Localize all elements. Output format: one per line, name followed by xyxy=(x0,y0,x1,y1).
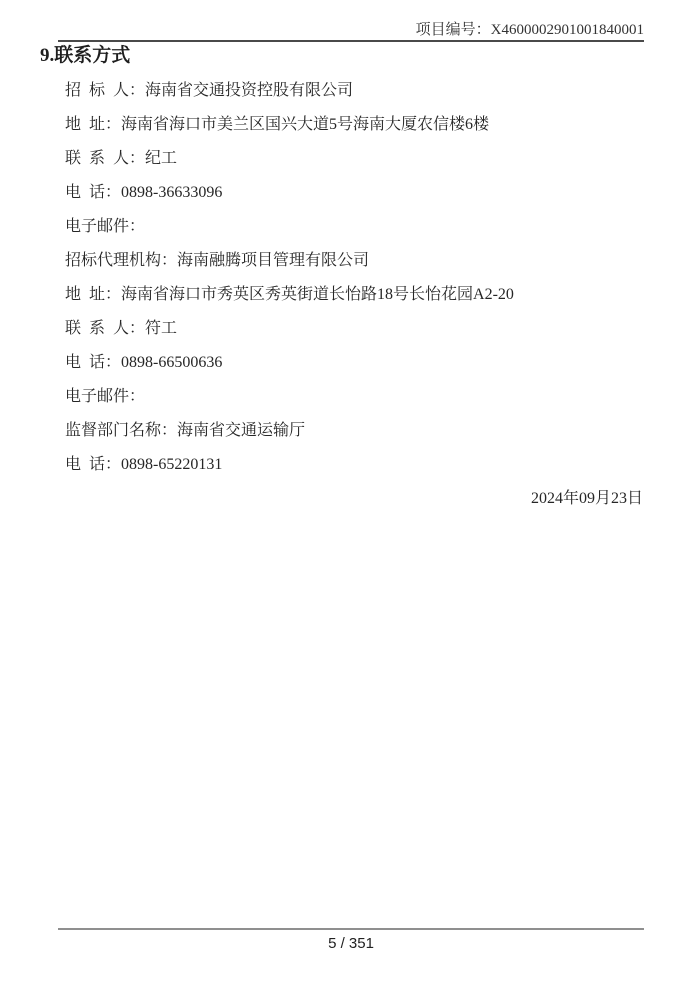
contact-line: 监督部门名称：海南省交通运输厅 xyxy=(65,422,643,440)
contact-line: 招标代理机构：海南融腾项目管理有限公司 xyxy=(65,252,643,270)
contact-line: 电子邮件： xyxy=(65,218,643,236)
contact-line: 联 系 人：纪工 xyxy=(65,150,643,168)
footer-divider xyxy=(58,928,644,930)
page-number: 5 / 351 xyxy=(58,935,644,952)
field-value: 海南省海口市美兰区国兴大道5号海南大厦农信楼6楼 xyxy=(121,116,489,133)
field-label: 电 话： xyxy=(65,354,121,371)
field-value: 纪工 xyxy=(145,150,177,167)
field-value: 0898-65220131 xyxy=(121,456,222,473)
field-label: 地 址： xyxy=(65,286,121,303)
field-value: 海南省交通投资控股有限公司 xyxy=(145,82,353,99)
field-label: 招 标 人： xyxy=(65,82,145,99)
field-value: 0898-66500636 xyxy=(121,354,222,371)
page-footer: 5 / 351 xyxy=(58,928,644,952)
field-label: 电 话： xyxy=(65,456,121,473)
field-label: 招标代理机构： xyxy=(65,252,177,269)
section-heading: 9.联系方式 xyxy=(40,45,130,67)
field-label: 电子邮件： xyxy=(65,218,145,235)
field-value: 海南省交通运输厅 xyxy=(177,422,305,439)
document-page: 项目编号：X4600002901001840001 9.联系方式 招 标 人：海… xyxy=(0,0,700,990)
field-value: 符工 xyxy=(145,320,177,337)
contact-line: 地 址：海南省海口市秀英区秀英街道长怡路18号长怡花园A2-20 xyxy=(65,286,643,304)
field-label: 监督部门名称： xyxy=(65,422,177,439)
field-value: 海南融腾项目管理有限公司 xyxy=(177,252,369,269)
field-label: 联 系 人： xyxy=(65,150,145,167)
field-value: 0898-36633096 xyxy=(121,184,222,201)
field-value: 海南省海口市秀英区秀英街道长怡路18号长怡花园A2-20 xyxy=(121,286,514,303)
project-number-value: X4600002901001840001 xyxy=(491,22,644,38)
contact-section: 招 标 人：海南省交通投资控股有限公司 地 址：海南省海口市美兰区国兴大道5号海… xyxy=(65,82,643,508)
field-label: 电 话： xyxy=(65,184,121,201)
contact-line: 电子邮件： xyxy=(65,388,643,406)
field-label: 联 系 人： xyxy=(65,320,145,337)
project-number-label: 项目编号： xyxy=(416,22,491,38)
contact-line: 电 话：0898-36633096 xyxy=(65,184,643,202)
field-label: 电子邮件： xyxy=(65,388,145,405)
contact-line: 电 话：0898-65220131 xyxy=(65,456,643,474)
page-header: 项目编号：X4600002901001840001 xyxy=(58,22,644,42)
contact-line: 招 标 人：海南省交通投资控股有限公司 xyxy=(65,82,643,100)
contact-line: 联 系 人：符工 xyxy=(65,320,643,338)
date-line: 2024年09月23日 xyxy=(65,490,643,508)
contact-line: 电 话：0898-66500636 xyxy=(65,354,643,372)
contact-line: 地 址：海南省海口市美兰区国兴大道5号海南大厦农信楼6楼 xyxy=(65,116,643,134)
field-label: 地 址： xyxy=(65,116,121,133)
